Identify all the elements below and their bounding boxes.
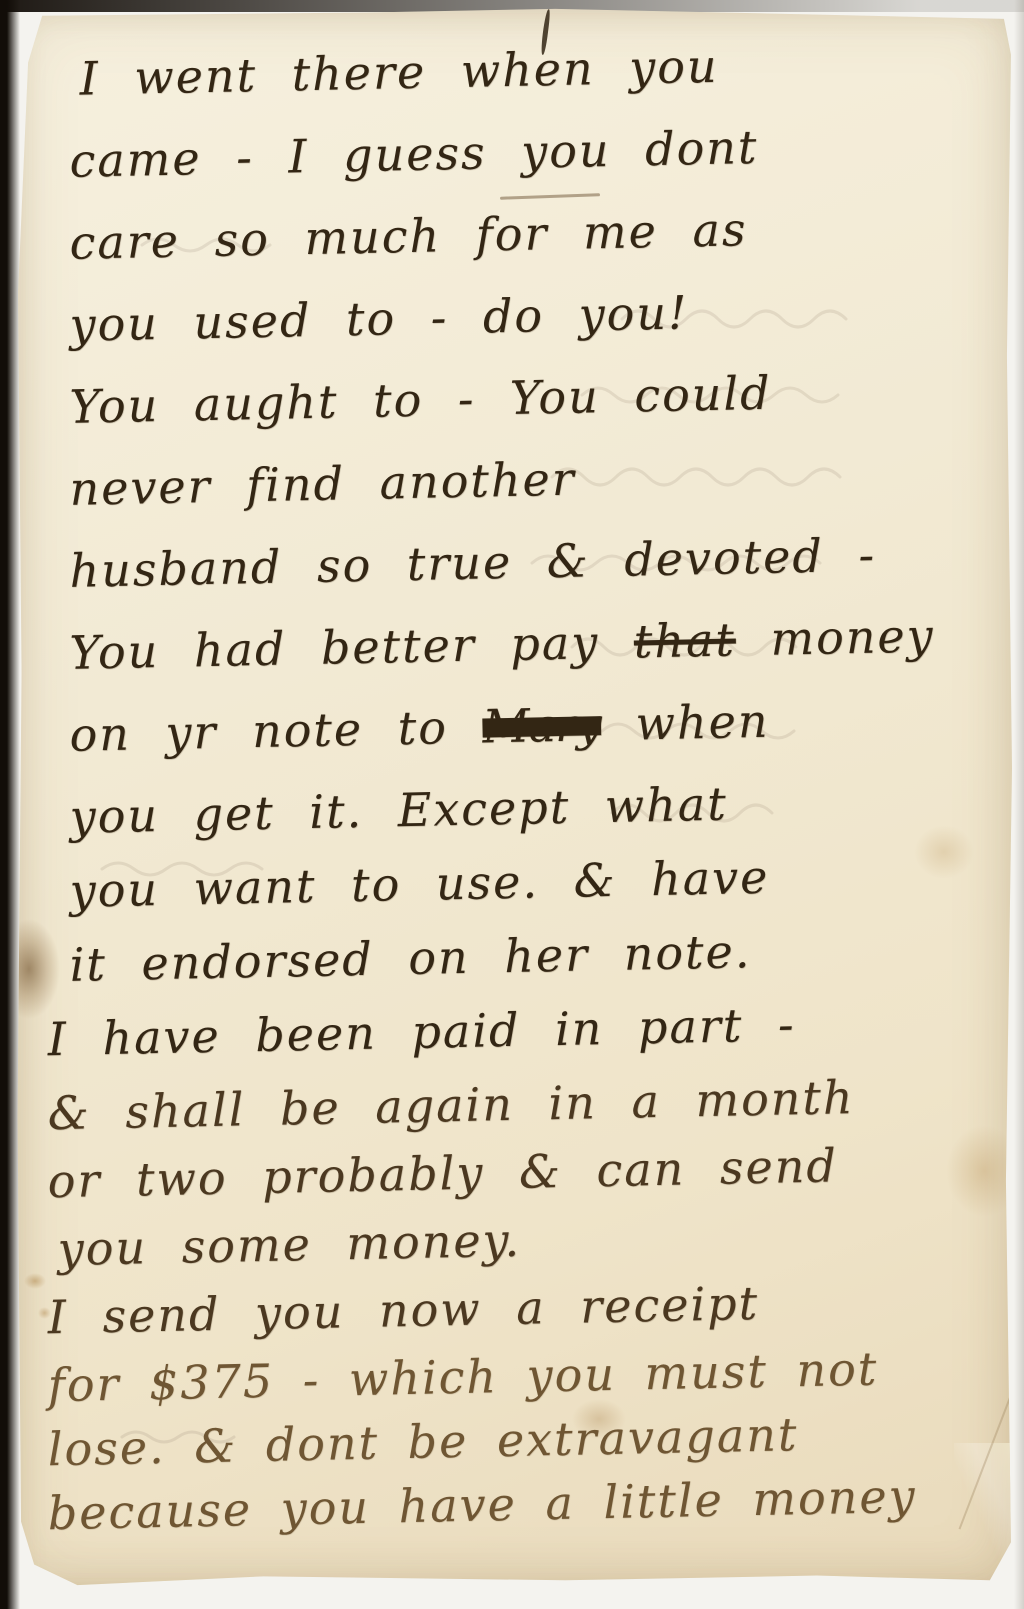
- letter-text: I went there when you: [79, 39, 719, 106]
- letter-text: on yr note to: [69, 700, 483, 762]
- scan-edge-right: [1014, 0, 1024, 1609]
- letter-text: money: [735, 608, 935, 666]
- struck-out-word: that: [633, 612, 736, 668]
- letter-text: you used to - do you!: [69, 285, 689, 351]
- letter-text: when: [600, 694, 770, 751]
- letter-text: You had better pay: [69, 615, 634, 680]
- struck-out-word: Mary: [482, 697, 602, 753]
- letter-text: you some money.: [57, 1213, 521, 1276]
- letter-text: never find another: [69, 452, 576, 516]
- letter-paper: I went there when youcame - I guess you …: [12, 7, 1018, 1593]
- letter-body: I went there when youcame - I guess you …: [12, 7, 1018, 1551]
- scanned-letter-page: I went there when youcame - I guess you …: [0, 0, 1024, 1609]
- scan-edge-left: [0, 0, 20, 1609]
